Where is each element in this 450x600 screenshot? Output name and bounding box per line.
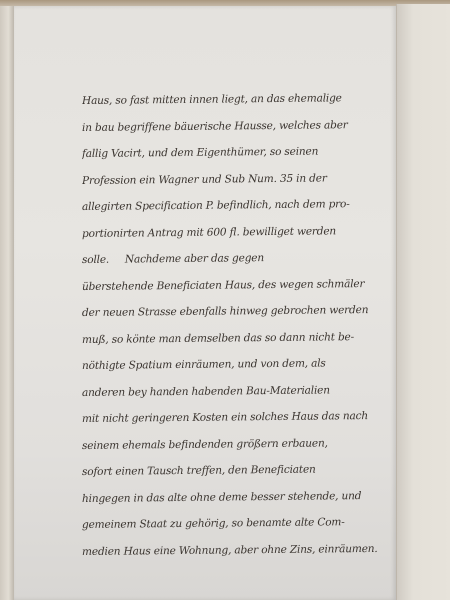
- text-line: in bau begriffene bäuerische Hausse, wel…: [82, 111, 392, 141]
- text-line: mit nicht geringeren Kosten ein solches …: [82, 403, 392, 433]
- text-line: solle. Nachdeme aber das gegen: [82, 244, 392, 274]
- text-line: anderen bey handen habenden Bau-Material…: [82, 376, 392, 406]
- text-line: Profession ein Wagner und Sub Num. 35 in…: [82, 164, 392, 194]
- handwritten-text-block: Haus, so fast mitten innen liegt, an das…: [82, 88, 392, 565]
- text-line: portionirten Antrag mit 600 fl. bewillig…: [82, 217, 392, 247]
- text-line: gemeinem Staat zu gehörig, so benamte al…: [82, 509, 392, 539]
- text-line: überstehende Beneficiaten Haus, des wege…: [82, 270, 392, 300]
- facing-page-edge: [396, 4, 450, 600]
- text-line: Haus, so fast mitten innen liegt, an das…: [82, 85, 392, 115]
- text-line: der neuen Strasse ebenfalls hinweg gebro…: [82, 297, 392, 327]
- text-line: fallig Vacirt, und dem Eigenthümer, so s…: [82, 138, 392, 168]
- text-line: allegirten Specification P. befindlich, …: [82, 191, 392, 221]
- text-line: sofort einen Tausch treffen, den Benefic…: [82, 456, 392, 486]
- text-line: seinem ehemals befindenden größern erbau…: [82, 429, 392, 459]
- text-line: hingegen in das alte ohne deme besser st…: [82, 482, 392, 512]
- text-line: medien Haus eine Wohnung, aber ohne Zins…: [82, 535, 392, 565]
- book-binding-left: [0, 6, 15, 600]
- text-line: muß, so könte man demselben das so dann …: [82, 323, 392, 353]
- text-line: nöthigte Spatium einräumen, und von dem,…: [82, 350, 392, 380]
